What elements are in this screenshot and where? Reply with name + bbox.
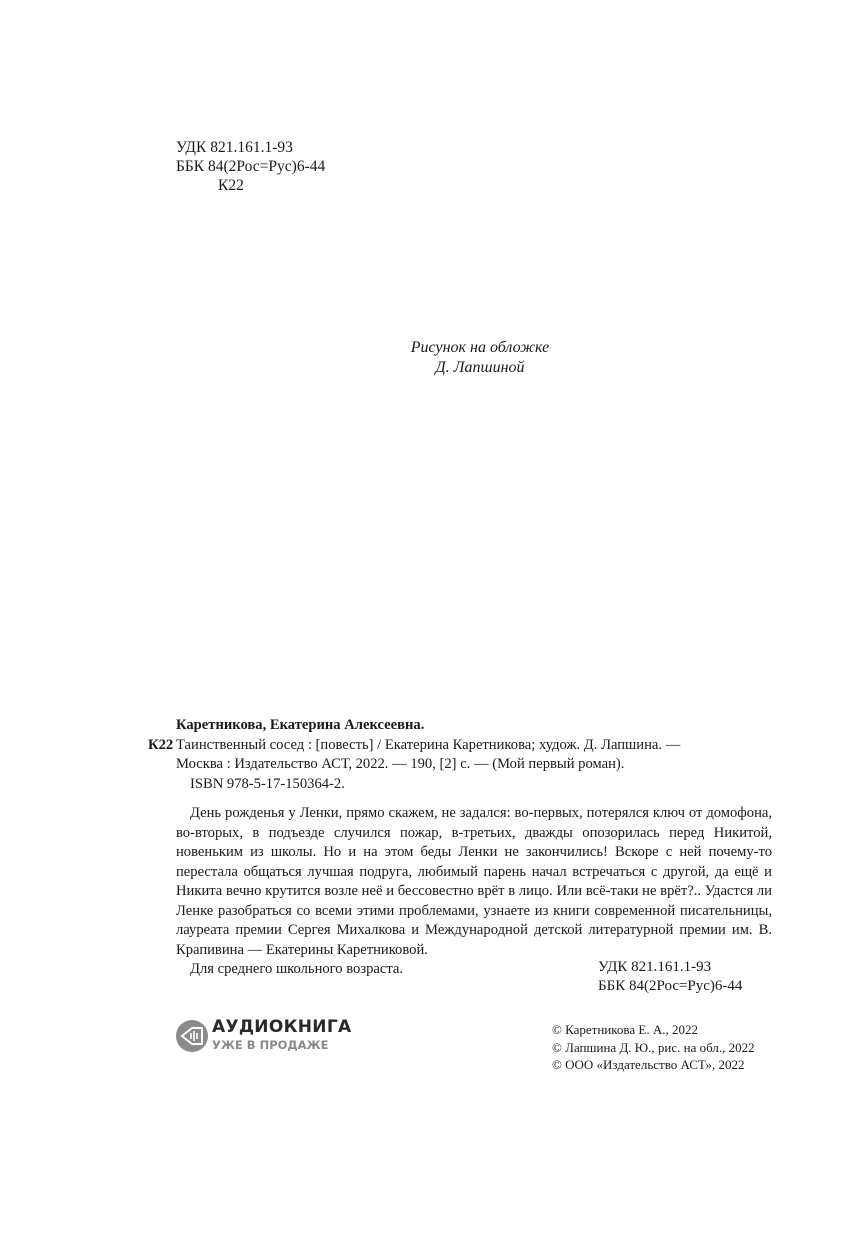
copyright-block: © Каретникова Е. А., 2022 © Лапшина Д. Ю… (552, 1021, 755, 1074)
cover-credit-line2: Д. Лапшиной (380, 358, 580, 378)
copyright-publisher: © ООО «Издательство АСТ», 2022 (552, 1056, 755, 1074)
copyright-author: © Каретникова Е. А., 2022 (552, 1021, 755, 1039)
cover-illustration-credit: Рисунок на обложке Д. Лапшиной (380, 338, 580, 378)
copyright-illustrator: © Лапшина Д. Ю., рис. на обл., 2022 (552, 1039, 755, 1057)
footer-bbk-code: ББК 84(2Рос=Рус)6-44 (598, 977, 742, 996)
card-publisher-line: Москва : Издательство АСТ, 2022. — 190, … (148, 755, 772, 775)
audiobook-logo: АУДИОКНИГА УЖЕ В ПРОДАЖЕ (176, 1018, 351, 1053)
annotation-text: День рожденья у Ленки, прямо скажем, не … (176, 804, 772, 960)
audio-speaker-icon (176, 1020, 208, 1052)
bbk-code: ББК 84(2Рос=Рус)6-44 (176, 157, 325, 176)
card-isbn: ISBN 978-5-17-150364-2. (148, 775, 772, 795)
card-author: Каретникова, Екатерина Алексеевна. (148, 716, 772, 736)
udk-code: УДК 821.161.1-93 (176, 138, 325, 157)
author-mark: К22 (176, 176, 325, 195)
footer-classification-codes: УДК 821.161.1-93 ББК 84(2Рос=Рус)6-44 (598, 958, 742, 996)
audiobook-title: АУДИОКНИГА (212, 1018, 351, 1036)
audiobook-subtitle: УЖЕ В ПРОДАЖЕ (212, 1037, 351, 1053)
catalog-card: Каретникова, Екатерина Алексеевна. К22 Т… (148, 716, 772, 980)
cover-credit-line1: Рисунок на обложке (380, 338, 580, 358)
footer-udk-code: УДК 821.161.1-93 (598, 958, 742, 977)
card-author-mark: К22 (148, 736, 176, 756)
annotation: День рожденья у Ленки, прямо скажем, не … (148, 804, 772, 980)
header-classification-codes: УДК 821.161.1-93 ББК 84(2Рос=Рус)6-44 К2… (176, 138, 325, 195)
card-title-line: Таинственный сосед : [повесть] / Екатери… (176, 736, 680, 756)
